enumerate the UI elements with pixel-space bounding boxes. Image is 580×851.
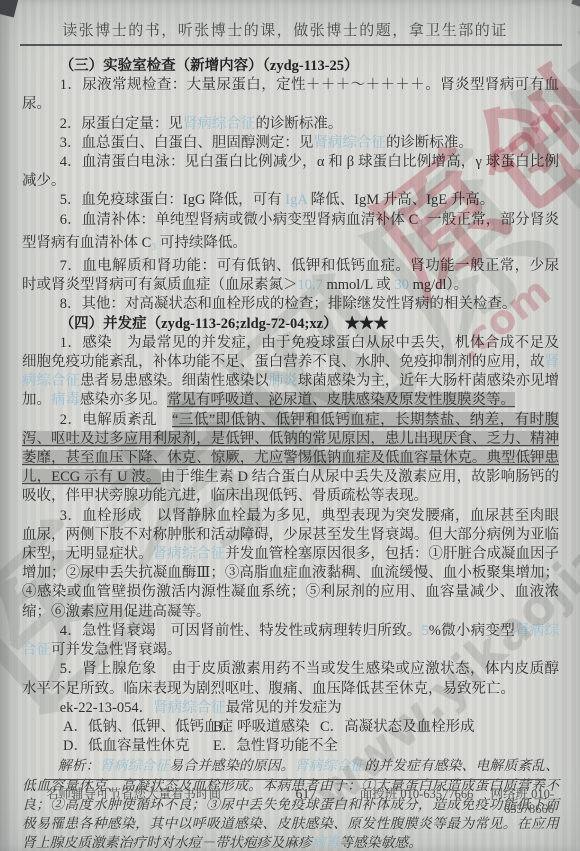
text-segment: （三）实验室检查（新增内容）（zydg-113-25） [60, 58, 359, 74]
text-segment: 最常见的并发症为 [226, 700, 342, 716]
question-stem: ek-22-13-054．肾病综合征最常见的并发症为 [22, 699, 559, 718]
text-segment: mmol/L 或 [323, 277, 395, 293]
faint-answer-text: 5 [422, 623, 429, 639]
text-segment: mg/dl）。 [409, 277, 468, 293]
text-segment: 易合并感染的原因。 [169, 758, 294, 773]
text-segment: ek-22-13-054． [60, 700, 153, 716]
header-rule [20, 44, 562, 46]
scanned-page: 读张博士的书，听张博士的课，做张博士的题，拿卫生部的证 （三）实验室检查（新增内… [0, 0, 580, 851]
paragraph: 6．血清补体：单纯型肾病或微小病变型肾病血清补体 C3 一般正常，部分肾炎型肾病… [22, 211, 559, 257]
paragraph: 4．急性肾衰竭 可因肾前性、特发性或病理转归所致。5%微小病变型肾病综合征可并发… [22, 622, 559, 660]
paragraph: 4．血清蛋白电泳：见白蛋白比例减少，α 和 β 球蛋白比例增高，γ 球蛋白比例减… [22, 153, 559, 191]
faint-answer-text: 30 [394, 277, 409, 293]
faint-answer-text: 肾病综合征 [295, 758, 365, 773]
text-segment: 2．尿蛋白定量：见 [60, 116, 183, 132]
faint-answer-text: 病毒 [51, 392, 80, 408]
paragraph: 3．血栓形成 以肾静脉血栓最为多见，典型表现为突发腰痛，血尿甚至肉眼血尿，两侧下… [22, 507, 559, 622]
text-segment: 3．血总蛋白、白蛋白、胆固醇测定：见 [60, 135, 314, 151]
section-heading-complications: （四）并发症（zydg-113-26;zldg-72-04;xz） ★★★ [22, 315, 559, 334]
text-segment: 5．血免疫球蛋白：IgG 降低，可有 [60, 192, 286, 208]
paragraph: 8．其他：对高凝状态和血栓形成的检查；排除继发性肾病的相关检查。 [22, 295, 559, 314]
footer-contact-inperson: 面授班 010-63577666 [360, 787, 474, 801]
paragraph: 2．尿蛋白定量：见肾病综合征的诊断标准。 [22, 115, 559, 134]
answer-option: B．呼吸道感染 [213, 718, 320, 737]
footer-contact-online: 网络班 010-63578666 [490, 787, 554, 816]
scan-corner-mark [0, 0, 20, 18]
body-text: （三）实验室检查（新增内容）（zydg-113-25）1．尿液常规检查：大量尿蛋… [22, 57, 559, 851]
footer: 名师辅导可节省您大量看书时间 617 面授班 010-63577666 网络班 … [46, 784, 554, 817]
text-segment: %微小病变型 [429, 623, 515, 639]
options-row: A．低钠、低钾、低钙血症B．呼吸道感染C．高凝状态及血栓形成 [22, 718, 559, 737]
text-segment: 患者易患感染。细菌性感染以 [80, 373, 269, 389]
text-segment: （四）并发症（zydg-113-26;zldg-72-04;xz） ★★★ [60, 316, 389, 332]
text-segment: 8．其他：对高凝状态和血栓形成的检查；排除继发性肾病的相关检查。 [60, 296, 517, 312]
text-segment: 1．感染 为最常见的并发症，由于免疫球蛋白从尿中丢失，机体合成不足及细胞免疫功能… [22, 335, 559, 370]
text-segment: 7．血电解质和肾功能：可有低钠、低钾和低钙血症。肾功能一般正常，少尿时或肾炎型肾… [22, 258, 559, 293]
text-segment: 感染亦多见。 [80, 392, 167, 408]
footer-contacts: 面授班 010-63577666 网络班 010-63578666 [336, 784, 554, 817]
page-number: 617 [276, 787, 336, 803]
footer-slogan: 名师辅导可节省您大量看书时间 [46, 784, 276, 802]
text-segment: 4．急性肾衰竭 可因肾前性、特发性或病理转归所致。 [60, 623, 422, 639]
answer-option: E．急性肾功能不全 [213, 737, 320, 756]
header-slogan: 读张博士的书，听张博士的课，做张博士的题，拿卫生部的证 [0, 19, 570, 40]
faint-answer-text: 肾病综合征 [153, 546, 226, 562]
options-row: D．低血容量性休克E．急性肾功能不全 [22, 737, 559, 756]
answer-option: C．高凝状态及血栓形成 [320, 718, 559, 737]
paragraph: 1．感染 为最常见的并发症，由于免疫球蛋白从尿中丢失，机体合成不足及细胞免疫功能… [22, 334, 559, 411]
faint-answer-text: IgA [285, 192, 307, 208]
highlighted-text: 常见有呼吸道、泌尿道、皮肤感染及原发性腹膜炎等。 [167, 392, 515, 408]
text-segment: 1．尿液常规检查：大量尿蛋白，定性＋＋＋～＋＋＋＋。肾炎型肾病可有血尿。 [22, 77, 559, 112]
scan-corner-mark [571, 0, 580, 8]
answer-option: A．低钠、低钾、低钙血症 [63, 718, 213, 737]
text-segment: 等感染敏感。 [339, 835, 422, 850]
text-segment: 5．肾上腺危象 由于皮质激素用药不当或发生感染或应激状态，体内皮质醇水平不足所致… [22, 661, 559, 696]
scan-edge-shadow [0, 0, 16, 851]
text-segment: 的诊断标准。 [386, 135, 473, 151]
text-segment: 可持续降低。 [156, 235, 247, 251]
text-segment: 的诊断标准。 [255, 116, 342, 132]
paragraph: 5．血免疫球蛋白：IgG 降低，可有 IgA 降低、IgM 升高、IgE 升高。 [22, 191, 559, 210]
faint-answer-text: 肾病综合征 [183, 116, 256, 132]
paragraph: 1．尿液常规检查：大量尿蛋白，定性＋＋＋～＋＋＋＋。肾炎型肾病可有血尿。 [22, 76, 559, 114]
text-segment: 解析： [58, 758, 100, 773]
text-segment: 降低、IgM 升高、IgE 升高。 [307, 192, 494, 208]
faint-answer-text: 10.7 [298, 277, 323, 293]
footer-rule [44, 779, 546, 780]
paragraph: 3．血总蛋白、白蛋白、胆固醇测定：见肾病综合征的诊断标准。 [22, 134, 559, 153]
text-segment: 4．血清蛋白电泳：见白蛋白比例减少，α 和 β 球蛋白比例增高，γ 球蛋白比例减… [22, 154, 559, 189]
faint-answer-text: 肾病综合征 [100, 758, 170, 773]
faint-answer-text: 病毒 [312, 835, 340, 850]
text-segment: 6．血清补体：单纯型肾病或微小病变型肾病血清补体 C [60, 212, 419, 228]
paragraph: 5．肾上腺危象 由于皮质激素用药不当或发生感染或应激状态，体内皮质醇水平不足所致… [22, 660, 559, 698]
paragraph: 7．血电解质和肾功能：可有低钠、低钾和低钙血症。肾功能一般正常，少尿时或肾炎型肾… [22, 257, 559, 295]
section-heading-lab-tests: （三）实验室检查（新增内容）（zydg-113-25） [22, 57, 559, 76]
faint-answer-text: 肺炎 [269, 373, 298, 389]
text-segment: 2．电解质紊乱 [60, 412, 172, 428]
paragraph: 2．电解质紊乱 “三低”即低钠、低钾和低钙血症，长期禁盐、纳差，有时腹泻、呕吐及… [22, 411, 559, 507]
faint-answer-text: 肾病综合征 [153, 700, 226, 716]
text-segment: 可并发急性肾衰竭。 [51, 642, 182, 658]
faint-answer-text: 肾病综合征 [313, 135, 386, 151]
answer-option: D．低血容量性休克 [63, 737, 213, 756]
